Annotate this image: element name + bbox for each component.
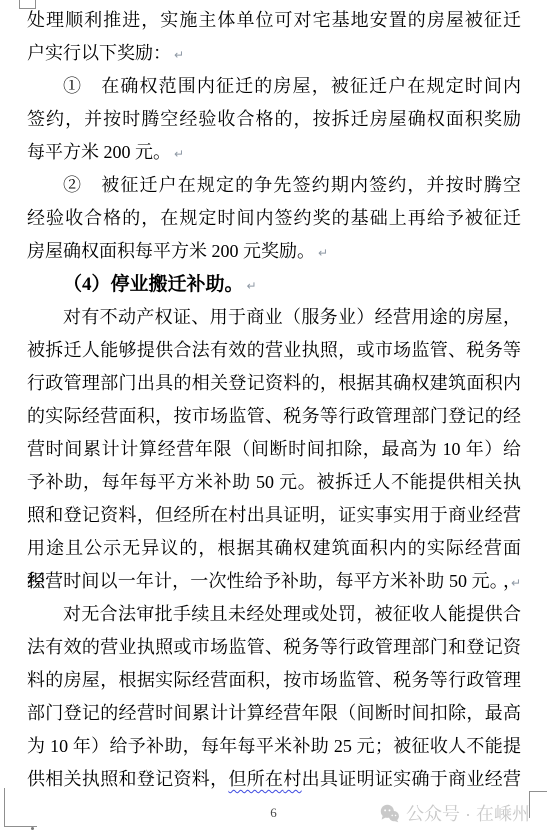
paragraph-mark-icon: ↵ xyxy=(247,279,257,293)
text-line: 照和登记资料，但经所在村出具证明，证实事实用于商业经营 xyxy=(27,499,521,532)
text-line: 行政管理部门出具的相关登记资料的，根据其确权建筑面积内 xyxy=(27,367,521,400)
text-line: 部门登记的经营时间累计计算经营年限（间断时间扣除，最高 xyxy=(27,697,521,730)
text-line: 对有不动产权证、用于商业（服务业）经营用途的房屋， xyxy=(27,301,521,334)
text-line-text: 每平方米 200 元。 xyxy=(27,142,171,162)
document-body: 处理顺利推进，实施主体单位可对宅基地安置的房屋被征迁 户实行以下奖励：↵ ① 在… xyxy=(27,4,521,796)
text-line: 经验收合格的，在规定时间内签约奖的基础上再给予被征迁 xyxy=(27,202,521,235)
watermark: 公众号 · 在嵊州 xyxy=(379,800,530,826)
document-page: 处理顺利推进，实施主体单位可对宅基地安置的房屋被征迁 户实行以下奖励：↵ ① 在… xyxy=(0,0,547,834)
text-line-text: 户实行以下奖励： xyxy=(27,43,171,63)
text-line: 供相关执照和登记资料，但所在村出具证明证实确于商业经营 xyxy=(27,763,521,796)
text-line: 每平方米 200 元。↵ xyxy=(27,136,521,169)
text-line: 营时间累计计算经营年限（间断时间扣除，最高为 10 年）给 xyxy=(27,433,521,466)
text-line-text: 供相关执照和登记资料， xyxy=(27,769,228,789)
wechat-icon xyxy=(379,803,400,824)
text-line: 对无合法审批手续且未经处理或处罚，被征收人能提供合 xyxy=(27,598,521,631)
text-line: 被拆迁人能够提供合法有效的营业执照，或市场监管、税务等 xyxy=(27,334,521,367)
text-line: 予补助，每年每平方米补助 50 元。被拆迁人不能提供相关执 xyxy=(27,466,521,499)
text-line: 房屋确权面积每平方米 200 元奖励。↵ xyxy=(27,235,521,268)
paragraph-mark-icon: ↵ xyxy=(174,147,184,161)
text-line: ② 被征迁户在规定的争先签约期内签约，并按时腾空 xyxy=(27,169,521,202)
text-line-text: 经营时间以一年计，一次性给予补助，每平方米补助 50 元。 xyxy=(27,571,508,591)
text-line: ① 在确权范围内征迁的房屋，被征迁户在规定时间内 xyxy=(27,70,521,103)
section-heading-text: （4）停业搬迁补助。 xyxy=(63,274,244,295)
paragraph-mark-icon: ↵ xyxy=(318,246,328,260)
paragraph-mark-icon: ↵ xyxy=(511,576,521,590)
watermark-label: 公众号 · 在嵊州 xyxy=(406,800,530,826)
text-line: 户实行以下奖励：↵ xyxy=(27,37,521,70)
text-line-text: 房屋确权面积每平方米 200 元奖励。 xyxy=(27,241,315,261)
text-line-text: 出具证明证实确于商业经营 xyxy=(302,769,521,789)
paragraph-mark-icon: ↵ xyxy=(174,48,184,62)
text-line: 为 10 年）给予补助，每年每平米补助 25 元；被征收人不能提 xyxy=(27,730,521,763)
text-line: 用途且公示无异议的，根据其确权建筑面积内的实际经营面积， xyxy=(27,532,521,565)
section-heading: （4）停业搬迁补助。↵ xyxy=(27,268,521,301)
text-line: 处理顺利推进，实施主体单位可对宅基地安置的房屋被征迁 xyxy=(27,4,521,37)
spellcheck-underline-text: 但所在 xyxy=(228,769,283,789)
text-line: 法有效的营业执照或市场监管、税务等行政管理部门和登记资 xyxy=(27,631,521,664)
text-line: 料的房屋，根据实际经营面积，按市场监管、税务等行政管理 xyxy=(27,664,521,697)
text-line: 经营时间以一年计，一次性给予补助，每平方米补助 50 元。↵ xyxy=(27,565,521,598)
spellcheck-underline-text: 村 xyxy=(283,769,301,789)
hidden-char-mark xyxy=(31,827,34,830)
text-line: 的实际经营面积，按市场监管、税务等行政管理部门登记的经 xyxy=(27,400,521,433)
text-line: 签约，并按时腾空经验收合格的，按拆迁房屋确权面积奖励 xyxy=(27,103,521,136)
